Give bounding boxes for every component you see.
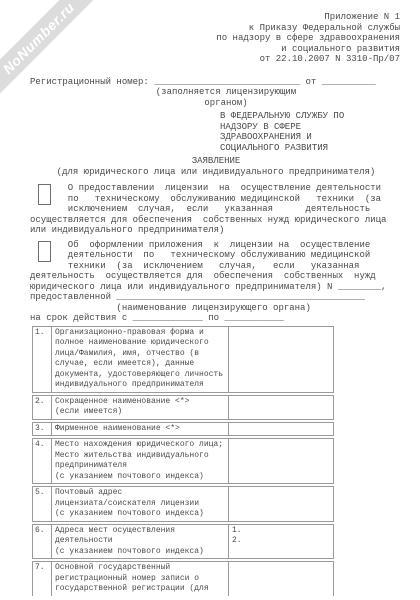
label-line: полное наименование юридического (55, 338, 227, 349)
license-annex-paragraph: Об оформлении приложения к лицензии на о… (30, 240, 402, 314)
table-row: 1. Организационно-правовая форма и полно… (32, 326, 334, 393)
table-row: 4. Место нахождения юридического лица; М… (32, 438, 334, 484)
label-line: государственной регистрации (для (55, 584, 227, 595)
row-value-cell: 1. 2. (229, 525, 333, 559)
row-value-cell (229, 439, 333, 483)
label-line: Сокращенное наименование <*> (55, 397, 227, 408)
paragraph-line: исключением случая, если указанная деяте… (30, 204, 402, 215)
header-line: Приложение N 1 (30, 12, 400, 23)
addressee-line: НАДЗОРУ В СФЕРЕ (220, 122, 402, 133)
paragraph-line: или индивидуального предпринимателя) (30, 225, 402, 236)
table-row: 2. Сокращенное наименование <*> (если им… (32, 395, 334, 420)
label-line: лица/Фамилия, имя, отчество (в (55, 349, 227, 360)
label-line: лицензиата/соискателя лицензии (55, 499, 227, 510)
label-line: (с указанием почтового индекса) (55, 472, 227, 483)
header-line: и социального развития (30, 44, 400, 55)
row-value-cell (229, 487, 333, 521)
header-line: по надзору в сфере здравоохранения (30, 33, 400, 44)
registration-caption: (заполняется лицензирующим органом) (142, 87, 310, 108)
row-number-cell: 6. (33, 525, 52, 559)
label-line: Почтовый адрес (55, 488, 227, 499)
registration-caption-line: органом) (142, 98, 310, 109)
label-line: индивидуального предпринимателя (55, 380, 227, 391)
row-number-cell: 1. (33, 327, 52, 392)
row-number-cell: 2. (33, 396, 52, 419)
row-label-cell: Организационно-правовая форма и полное н… (52, 327, 229, 392)
paragraph-line: осуществляется для обеспечения собственн… (30, 215, 402, 226)
table-row: 5. Почтовый адрес лицензиата/соискателя … (32, 486, 334, 522)
document-page: NoNumber.ru Приложение N 1 к Приказу Фед… (0, 0, 420, 600)
label-line: (с указанием почтового индекса) (55, 509, 227, 520)
license-grant-paragraph: О предоставлении лицензии на осуществлен… (30, 183, 402, 236)
paragraph-line: юридического лица или индивидуального пр… (30, 282, 402, 293)
label-line: документа, удостоверяющего личность (55, 370, 227, 381)
paragraph-line: предоставленной ________________________… (30, 292, 402, 303)
licensing-authority-caption: (наименование лицензирующего органа) (30, 303, 402, 314)
label-line: случае, если имеется), данные (55, 359, 227, 370)
row-label-cell: Фирменное наименование <*> (52, 423, 229, 436)
label-line: Адреса мест осуществления (55, 526, 227, 537)
row-number-cell: 4. (33, 439, 52, 483)
label-line: предпринимателя (55, 461, 227, 472)
table-row: 6. Адреса мест осуществления деятельност… (32, 524, 334, 560)
row-number-cell: 3. (33, 423, 52, 436)
addressee-line: СОЦИАЛЬНОГО РАЗВИТИЯ (220, 143, 402, 154)
registration-number-line: Регистрационный номер: _________________… (30, 77, 402, 88)
table-row: 3. Фирменное наименование <*> (32, 422, 334, 437)
addressee-line: ЗДРАВООХРАНЕНИЯ И (220, 132, 402, 143)
label-line: Место нахождения юридического лица; (55, 440, 227, 451)
header-line: от 22.10.2007 N 3310-Пр/07 (30, 54, 400, 65)
document-subtitle: (для юридического лица или индивидуально… (30, 167, 402, 178)
appendix-header: Приложение N 1 к Приказу Федеральной слу… (30, 12, 402, 65)
paragraph-line: техники (за исключением случая, если ука… (30, 261, 402, 272)
addressee-block: В ФЕДЕРАЛЬНУЮ СЛУЖБУ ПО НАДЗОРУ В СФЕРЕ … (220, 111, 402, 153)
label-line: (с указанием почтового индекса) (55, 547, 227, 558)
row-value-cell (229, 423, 333, 436)
row-label-cell: Сокращенное наименование <*> (если имеет… (52, 396, 229, 419)
label-line: регистрационный номер записи о (55, 574, 227, 585)
paragraph-line: по техническому обслуживанию медицинской… (30, 194, 402, 205)
label-line: (если имеется) (55, 407, 227, 418)
license-annex-checkbox[interactable] (38, 241, 51, 262)
license-grant-checkbox[interactable] (38, 184, 51, 205)
row-number-cell: 5. (33, 487, 52, 521)
row-label-cell: Основной государственный регистрационный… (52, 562, 229, 596)
paragraph-line: Об оформлении приложения к лицензии на о… (30, 240, 402, 251)
label-line: деятельности (55, 536, 227, 547)
label-line: Место жительства индивидуального (55, 451, 227, 462)
document-title: ЗАЯВЛЕНИЕ (30, 156, 402, 167)
document-content: Приложение N 1 к Приказу Федеральной слу… (0, 0, 420, 596)
label-line: Основной государственный (55, 563, 227, 574)
paragraph-line: О предоставлении лицензии на осуществлен… (30, 183, 402, 194)
applicant-details-table: 1. Организационно-правовая форма и полно… (32, 326, 334, 596)
row-number-cell: 7. (33, 562, 52, 596)
value-line: 2. (232, 536, 332, 547)
row-label-cell: Место нахождения юридического лица; Мест… (52, 439, 229, 483)
row-label-cell: Адреса мест осуществления деятельности (… (52, 525, 229, 559)
row-value-cell (229, 396, 333, 419)
value-line: 1. (232, 526, 332, 537)
label-line: Организационно-правовая форма и (55, 328, 227, 339)
paragraph-line: деятельность осуществляется для обеспече… (30, 271, 402, 282)
addressee-line: В ФЕДЕРАЛЬНУЮ СЛУЖБУ ПО (220, 111, 402, 122)
paragraph-line: деятельности по техническому обслуживани… (30, 250, 402, 261)
row-label-cell: Почтовый адрес лицензиата/соискателя лиц… (52, 487, 229, 521)
row-value-cell (229, 562, 333, 596)
registration-caption-line: (заполняется лицензирующим (142, 87, 310, 98)
validity-period-line: на срок действия с _____________ по ____… (30, 313, 402, 324)
table-row: 7. Основной государственный регистрацион… (32, 561, 334, 596)
label-line: Фирменное наименование <*> (55, 424, 227, 435)
header-line: к Приказу Федеральной службы (30, 23, 400, 34)
row-value-cell (229, 327, 333, 392)
